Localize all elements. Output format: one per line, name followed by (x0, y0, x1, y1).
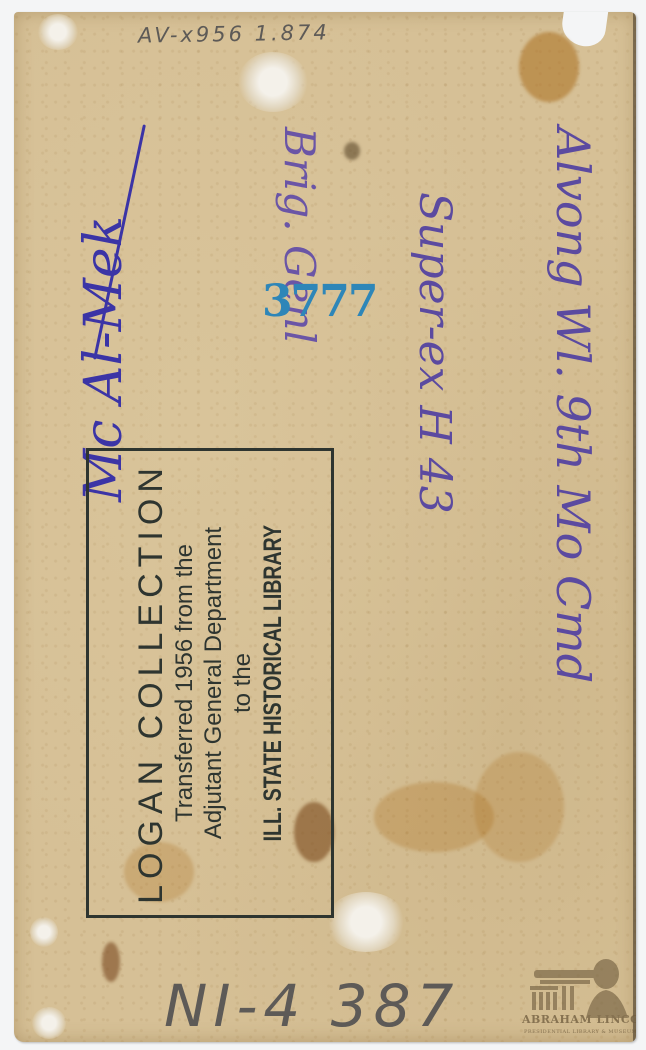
stain (474, 752, 564, 862)
library-logo: ABRAHAM LINCOLN PRESIDENTIAL LIBRARY & M… (520, 948, 630, 1036)
pin-hole (30, 917, 58, 947)
stamp-line-4: ILL. STATE HISTORICAL LIBRARY (258, 525, 288, 841)
logo-subtitle: PRESIDENTIAL LIBRARY & MUSEUM (524, 1029, 636, 1035)
pin-hole (32, 1007, 66, 1039)
stamp-line-2: Adjutant General Department (200, 527, 229, 839)
stain (102, 942, 120, 982)
stain (519, 32, 579, 102)
stamp-title: LOGAN COLLECTION (132, 462, 171, 904)
stamped-number: 3777 (262, 276, 376, 327)
lincoln-building-icon (520, 948, 630, 1018)
handwritten-command: Alvong Wl. 9th Mo Cmd (546, 127, 600, 683)
collection-stamp: LOGAN COLLECTION Transferred 1956 from t… (86, 448, 334, 918)
stamp-line-1: Transferred 1956 from the (171, 544, 200, 822)
handwritten-note: Super-ex H 43 (409, 192, 460, 514)
catalog-number-bottom: NI-4 387 (164, 972, 459, 1040)
logo-name: ABRAHAM LINCOLN (522, 1013, 636, 1026)
document-card: AV-x956 1.874 NI-4 387 Mc Al-Mek Brig. G… (14, 12, 636, 1042)
stamp-line-3: to the (229, 653, 258, 713)
pin-hole (326, 892, 406, 952)
catalog-number-top: AV-x956 1.874 (138, 20, 330, 47)
stain (344, 142, 360, 160)
pin-hole (238, 52, 308, 112)
pin-hole (38, 14, 78, 50)
card-edge-shadow (633, 12, 636, 1042)
